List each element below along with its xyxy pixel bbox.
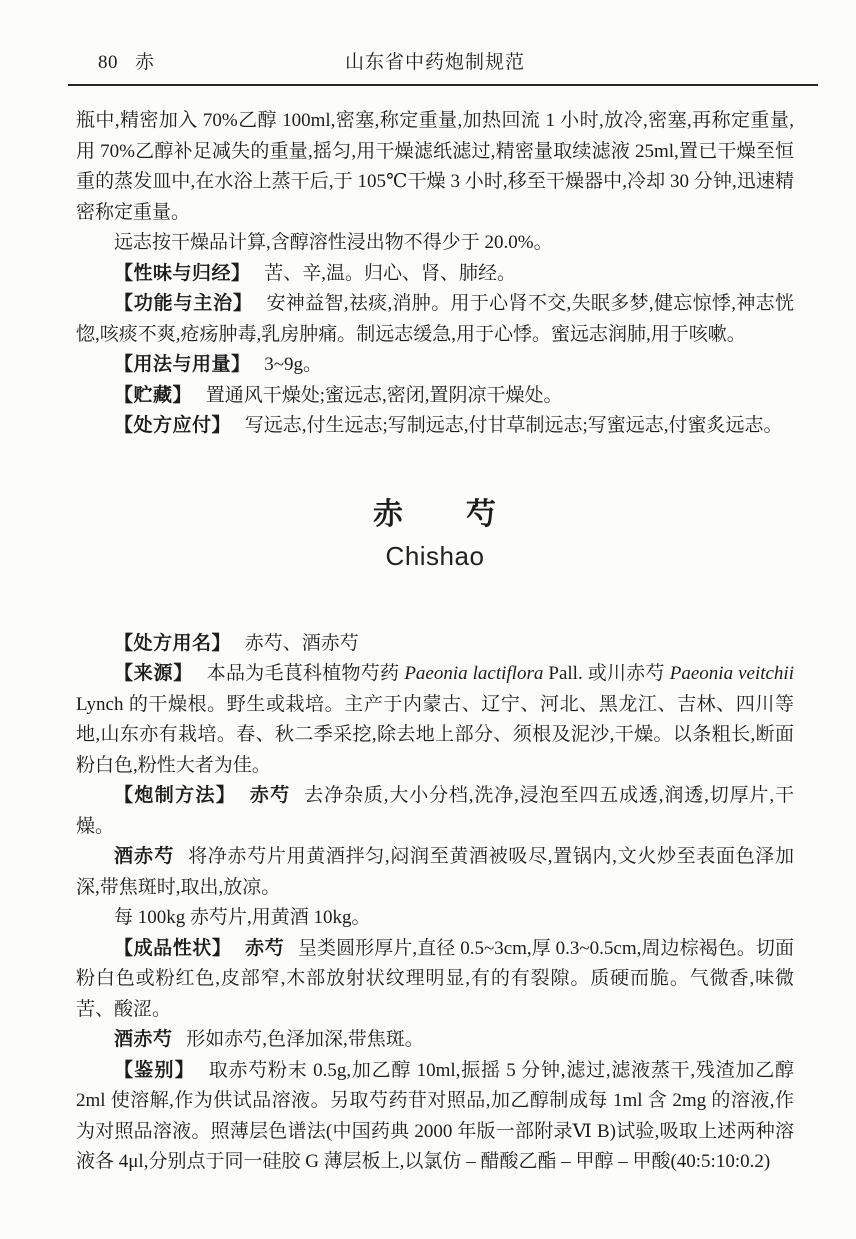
paragraph-text: 苦、辛,温。归心、肾、肺经。 (264, 263, 516, 284)
section-label: 【处方用名】 (114, 633, 231, 654)
drug-subname: 赤芍 (245, 938, 284, 959)
section-label: 【贮藏】 (114, 385, 192, 406)
paragraph-text: Pall. 或川赤芍 (543, 663, 669, 684)
paragraph-chengpin-xingzhuang: 【成品性状】赤芍呈类圆形厚片,直径 0.5~3cm,厚 0.3~0.5cm,周边… (76, 934, 794, 1026)
paragraph-laiyuan: 【来源】本品为毛茛科植物芍药 Paeonia lactiflora Pall. … (76, 659, 794, 781)
paragraph-text: 写远志,付生远志;写制远志,付甘草制远志;写蜜远志,付蜜炙远志。 (245, 415, 783, 436)
paragraph-text: 将净赤芍片用黄酒拌匀,闷润至黄酒被吸尽,置锅内,文火炒至表面色泽加深,带焦斑时,… (76, 846, 794, 898)
paragraph-text: 3~9g。 (264, 354, 322, 375)
paragraph-zhucang: 【贮藏】置通风干燥处;蜜远志,密闭,置阴凉干燥处。 (76, 381, 794, 412)
paragraph-text: 形如赤芍,色泽加深,带焦斑。 (186, 1029, 424, 1050)
drug-subname: 酒赤芍 (114, 846, 175, 867)
paragraph-text: 本品为毛茛科植物芍药 (207, 663, 405, 684)
entry-title-zh: 赤 芍 (76, 499, 794, 531)
paragraph-text: Lynch 的干燥根。野生或栽培。主产于内蒙古、辽宁、河北、黑龙江、吉林、四川等… (76, 694, 794, 776)
section-label: 【炮制方法】 (114, 785, 236, 806)
paragraph-paozhi-fangfa: 【炮制方法】赤芍去净杂质,大小分档,洗净,浸泡至四五成透,润透,切厚片,干燥。 (76, 781, 794, 842)
header-rule (68, 84, 818, 86)
paragraph-chufang-yongming: 【处方用名】赤芍、酒赤芍 (76, 629, 794, 660)
section-label: 【功能与主治】 (114, 293, 253, 314)
section-label: 【来源】 (114, 663, 193, 684)
paragraph-gongneng-zhuzhi: 【功能与主治】安神益智,祛痰,消肿。用于心肾不交,失眠多梦,健忘惊悸,神志恍惚,… (76, 289, 794, 350)
drug-subname: 赤芍 (250, 785, 291, 806)
paragraph-jianbie: 【鉴别】取赤芍粉末 0.5g,加乙醇 10ml,振摇 5 分钟,滤过,滤液蒸干,… (76, 1056, 794, 1178)
paragraph-text: 每 100kg 赤芍片,用黄酒 10kg。 (114, 907, 371, 928)
paragraph-text: 赤芍、酒赤芍 (245, 633, 359, 654)
section-label: 【成品性状】 (114, 938, 231, 959)
document-page: 80赤 山东省中药炮制规范 瓶中,精密加入 70%乙醇 100ml,密塞,称定重… (0, 0, 856, 1239)
paragraph-yongfa-yongliang: 【用法与用量】3~9g。 (76, 350, 794, 381)
page-header: 80赤 山东省中药炮制规范 (76, 50, 794, 76)
paragraph-extract-limit: 远志按干燥品计算,含醇溶性浸出物不得少于 20.0%。 (76, 228, 794, 259)
paragraph-assay-continued: 瓶中,精密加入 70%乙醇 100ml,密塞,称定重量,加热回流 1 小时,放冷… (76, 106, 794, 228)
entry-chishao: 【处方用名】赤芍、酒赤芍 【来源】本品为毛茛科植物芍药 Paeonia lact… (76, 629, 794, 1178)
section-label: 【鉴别】 (114, 1060, 195, 1081)
entry-title-block: 赤 芍 Chishao (76, 499, 794, 569)
paragraph-wine-ratio: 每 100kg 赤芍片,用黄酒 10kg。 (76, 903, 794, 934)
section-label: 【用法与用量】 (114, 354, 251, 375)
latin-name: Paeonia lactiflora (404, 663, 543, 684)
entry-title-pinyin: Chishao (76, 543, 794, 569)
paragraph-text: 置通风干燥处;蜜远志,密闭,置阴凉干燥处。 (206, 385, 563, 406)
drug-subname: 酒赤芍 (114, 1029, 173, 1050)
book-title: 山东省中药炮制规范 (76, 50, 794, 76)
section-label: 【处方应付】 (114, 415, 231, 436)
paragraph-jiu-chishao-method: 酒赤芍将净赤芍片用黄酒拌匀,闷润至黄酒被吸尽,置锅内,文火炒至表面色泽加深,带焦… (76, 842, 794, 903)
paragraph-text: 瓶中,精密加入 70%乙醇 100ml,密塞,称定重量,加热回流 1 小时,放冷… (76, 110, 794, 223)
latin-name: Paeonia veitchii (670, 663, 794, 684)
paragraph-xingwei-guijing: 【性味与归经】苦、辛,温。归心、肾、肺经。 (76, 259, 794, 290)
paragraph-jiu-chishao-character: 酒赤芍形如赤芍,色泽加深,带焦斑。 (76, 1025, 794, 1056)
paragraph-chufang-yingfu: 【处方应付】写远志,付生远志;写制远志,付甘草制远志;写蜜远志,付蜜炙远志。 (76, 411, 794, 442)
entry-yuanzhi-continued: 瓶中,精密加入 70%乙醇 100ml,密塞,称定重量,加热回流 1 小时,放冷… (76, 106, 794, 442)
section-label: 【性味与归经】 (114, 263, 251, 284)
page-body: 瓶中,精密加入 70%乙醇 100ml,密塞,称定重量,加热回流 1 小时,放冷… (76, 106, 794, 1178)
paragraph-text: 远志按干燥品计算,含醇溶性浸出物不得少于 20.0%。 (114, 232, 553, 253)
